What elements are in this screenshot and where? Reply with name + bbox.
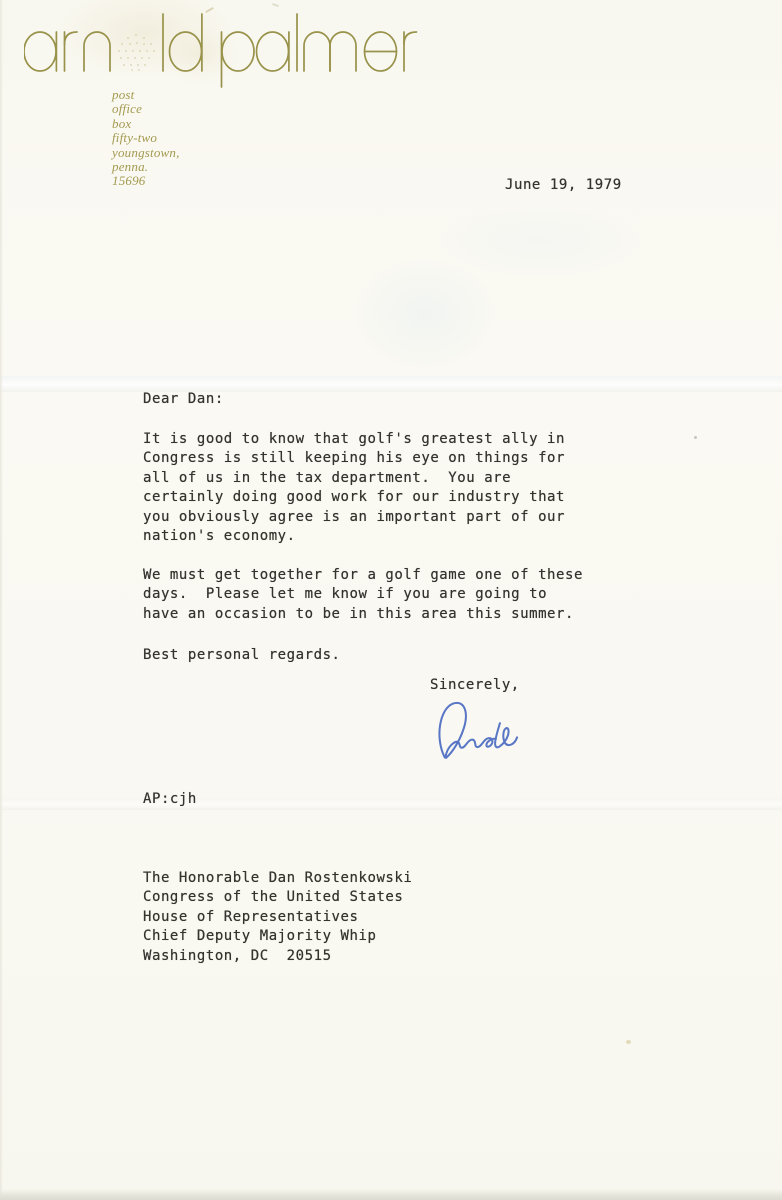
body-paragraph-1: It is good to know that golf's greatest … [143,430,565,546]
page-left-edge [0,0,3,1200]
paper-fold-line-bottom [0,798,782,810]
closing-line: Best personal regards. [143,646,341,665]
arnold-palmer-logo: arnold palmer [24,13,424,105]
typist-reference: AP:cjh [143,790,197,809]
letter-page: arnold palmer [0,0,782,1200]
arnold-palmer-logo-art [24,13,424,105]
salutation: Dear Dan: [143,390,224,409]
paper-fold-line-top [0,376,782,392]
signature-ink [429,692,551,768]
letter-date: June 19, 1979 [505,176,622,195]
body-paragraph-2: We must get together for a golf game one… [143,566,583,624]
paper-speck [694,436,697,439]
recipient-address: The Honorable Dan Rostenkowski Congress … [143,869,412,966]
paper-mark [272,3,279,7]
paper-speck [626,1040,631,1044]
signature: Arnold [429,692,551,768]
golf-ball-icon [118,34,155,71]
page-bottom-edge [0,1189,782,1200]
letterhead-address: post office box fifty-two youngstown, pe… [112,88,180,189]
